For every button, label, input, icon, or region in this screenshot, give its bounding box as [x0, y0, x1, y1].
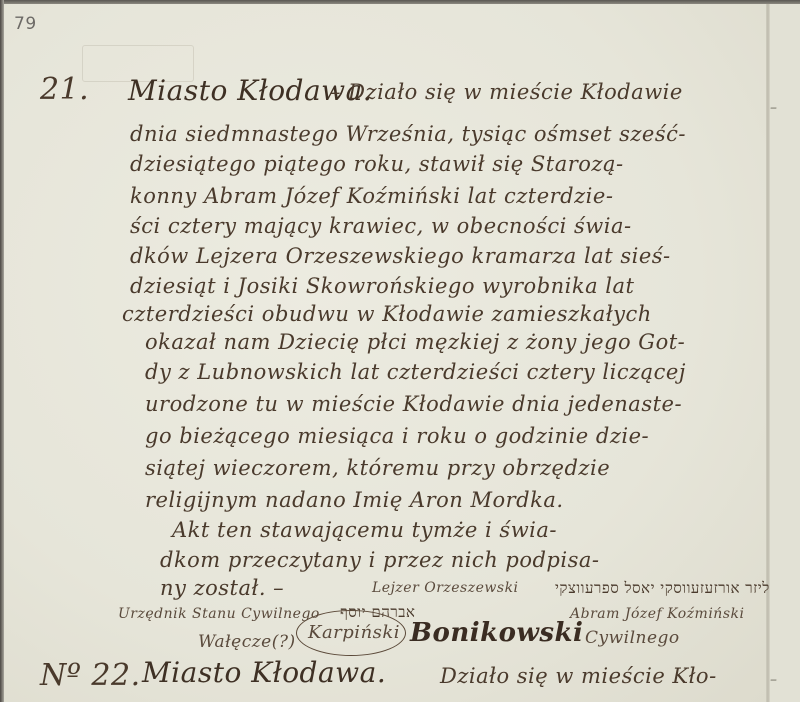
entry-line: okazał nam Dziecię płci męzkiej z żony j… [145, 330, 685, 354]
entry-line: dkom przeczytany i przez nich podpisa- [160, 548, 599, 572]
entry-line: Działo się w mieście Kło- [440, 664, 717, 688]
entry-line: dy z Lubnowskich lat czterdzieści cztery… [145, 360, 686, 384]
entry-line: ści cztery mający krawiec, w obecności ś… [130, 214, 632, 238]
entry-line: dziesiąt i Josiki Skowrońskiego wyrobnik… [130, 274, 635, 298]
entry-line: dnia siedmnastego Września, tysiąc ośmse… [130, 122, 686, 146]
entry-line: urodzone tu w mieście Kłodawie dnia jede… [145, 392, 682, 416]
hebrew-signature: ליזר אורזעזעווסקי יאסל ספרעווצקי [555, 579, 770, 598]
entry-line: go bieżącego miesiąca i roku o godzinie … [145, 424, 649, 448]
witness-signature: Lejzer Orzeszewski [372, 580, 519, 596]
father-signature: Abram Józef Koźmiński [570, 606, 744, 622]
entry-line: czterdzieści obudwu w Kłodawie zamieszka… [122, 302, 652, 326]
official-name: Bonikowski [410, 618, 583, 648]
page-number: 79 [14, 14, 37, 34]
entry-line: – Działo się w mieście Kłodawie [330, 80, 683, 104]
entry-line: Akt ten stawającemu tymże i świa- [172, 518, 557, 542]
official-title: Cywilnego [585, 628, 680, 648]
entry-line: konny Abram Józef Koźmiński lat czterdzi… [130, 184, 613, 208]
official-prefix: Wałęcze(?) [198, 632, 296, 652]
entry-line: ny został. – [160, 576, 284, 600]
facing-page-mark: – [770, 672, 777, 688]
entry-heading: Miasto Kłodawa. [142, 656, 386, 689]
entry-number: Nº 22. [40, 658, 141, 693]
entry-line: dków Lejzera Orzeszewskiego kramarza lat… [130, 244, 671, 268]
entry-line: dziesiątego piątego roku, stawił się Sta… [130, 152, 624, 176]
entry-number: 21. [40, 72, 89, 107]
facing-page-mark: – [770, 100, 777, 116]
official-title-signature: Urzędnik Stanu Cywilnego [118, 606, 320, 622]
official-name-flourish: Karpiński [308, 622, 400, 643]
entry-line: religijnym nadano Imię Aron Mordka. [145, 488, 564, 512]
entry-line: siątej wieczorem, któremu przy obrzędzie [145, 456, 610, 480]
